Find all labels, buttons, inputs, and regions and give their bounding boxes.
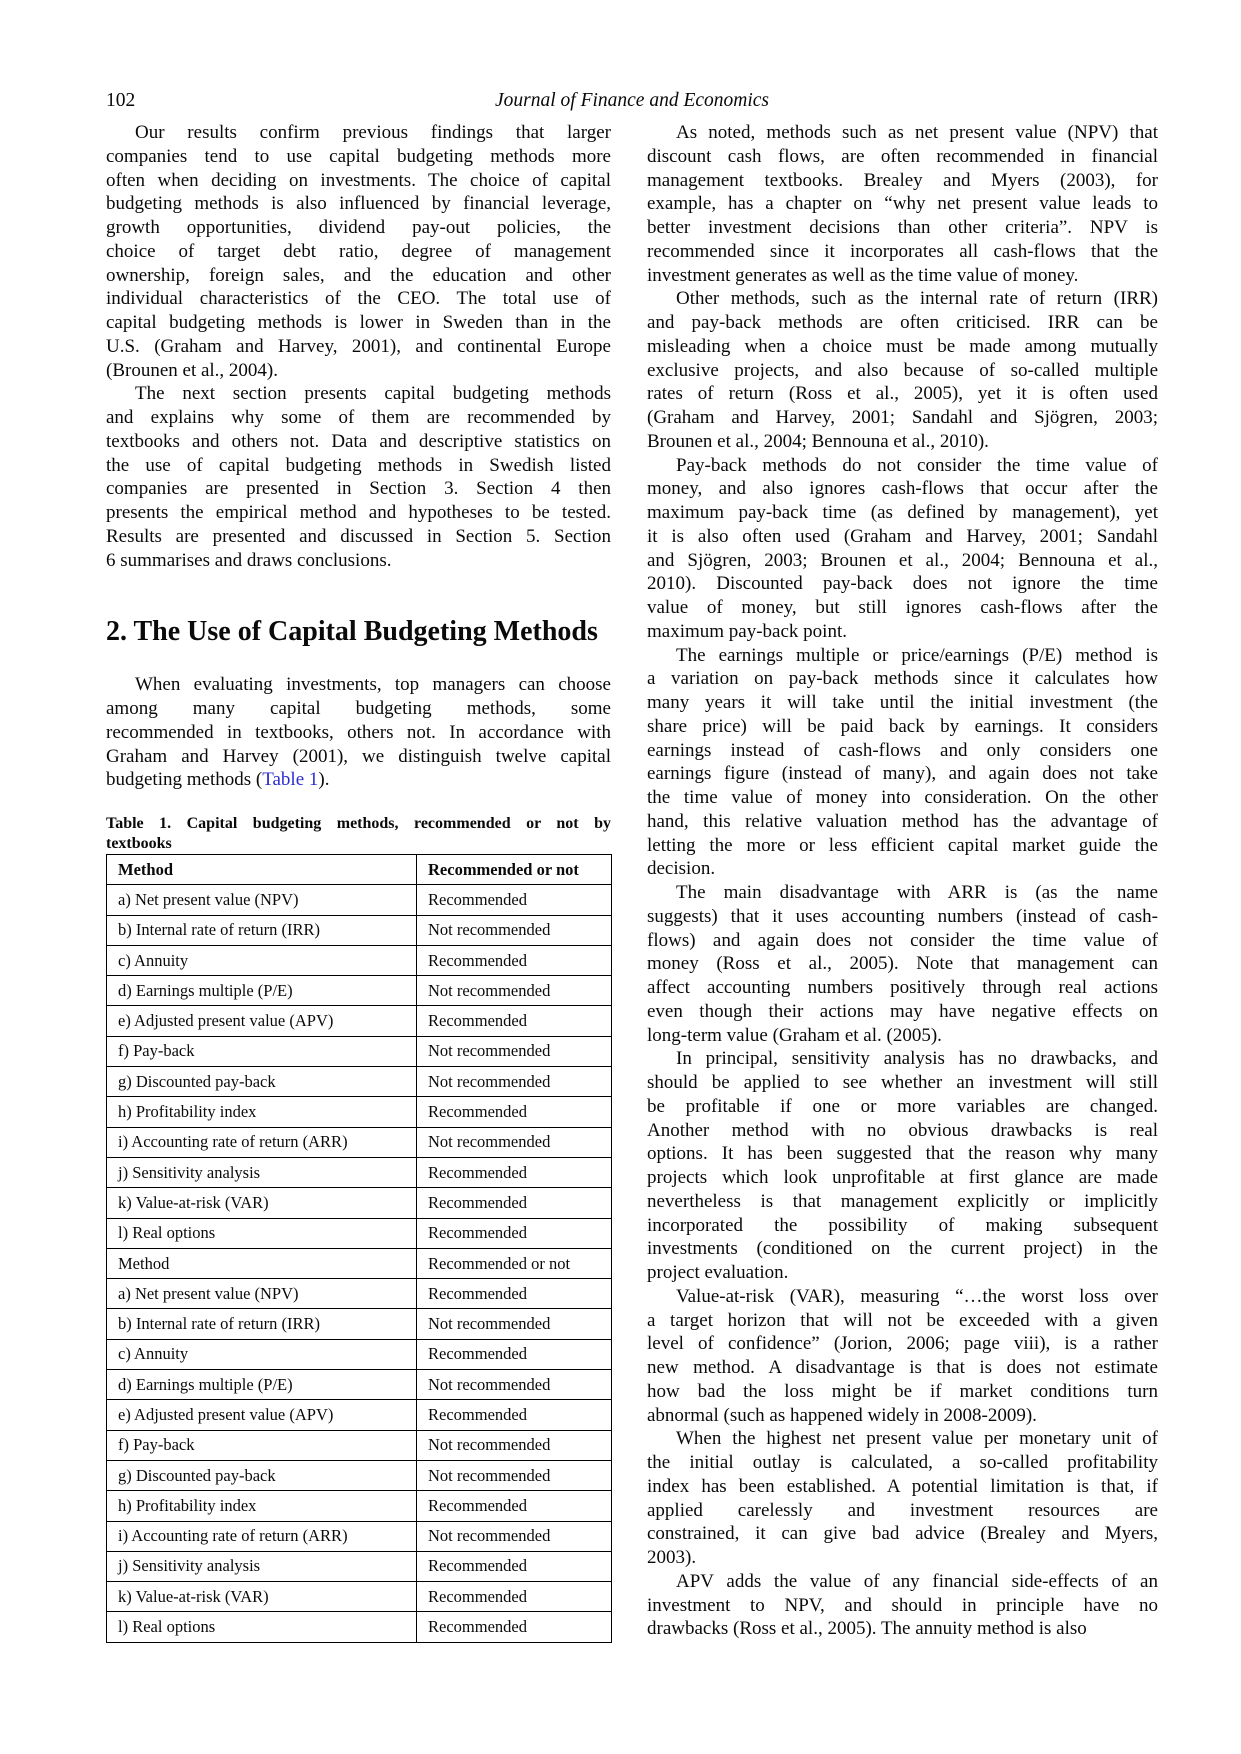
text-line: 2003). (647, 1546, 1158, 1570)
text-line: even though their actions may have negat… (647, 1000, 1158, 1024)
method-cell: g) Discounted pay-back (107, 1067, 417, 1097)
text-line: The earnings multiple or price/earnings … (647, 644, 1158, 668)
recommendation-cell: Recommended (417, 1339, 612, 1369)
table-row: a) Net present value (NPV)Recommended (107, 1279, 612, 1309)
paragraph: Other methods, such as the internal rate… (647, 287, 1158, 453)
text-line: better investment decisions than other c… (647, 216, 1158, 240)
paragraph: APV adds the value of any financial side… (647, 1570, 1158, 1641)
table-row: a) Net present value (NPV)Recommended (107, 885, 612, 915)
text-line: Pay-back methods do not consider the tim… (647, 454, 1158, 478)
text-line: 2010). Discounted pay-back does not igno… (647, 572, 1158, 596)
recommendation-cell: Recommended (417, 1491, 612, 1521)
recommended-header-cell: Recommended or not (417, 855, 612, 885)
text-line: the initial outlay is calculated, a so-c… (647, 1451, 1158, 1475)
left-column: Our results confirm previous findings th… (106, 121, 611, 1643)
table-row: f) Pay-backNot recommended (107, 1430, 612, 1460)
table-row: l) Real optionsRecommended (107, 1612, 612, 1642)
text-line: share price) will be paid back by earnin… (647, 715, 1158, 739)
text-line: Graham and Harvey (2001), we distinguish… (106, 745, 611, 769)
text-line: presents the empirical method and hypoth… (106, 501, 611, 525)
text-line: constrained, it can give bad advice (Bre… (647, 1522, 1158, 1546)
text-line: When the highest net present value per m… (647, 1427, 1158, 1451)
paragraph: The earnings multiple or price/earnings … (647, 644, 1158, 882)
text-line: (Graham and Harvey, 2001; Sandahl and Sj… (647, 406, 1158, 430)
text-line: companies are presented in Section 3. Se… (106, 477, 611, 501)
text-line: suggests) that it uses accounting number… (647, 905, 1158, 929)
text-line: how bad the loss might be if market cond… (647, 1380, 1158, 1404)
table-row: j) Sensitivity analysisRecommended (107, 1551, 612, 1581)
text-line: misleading when a choice must be made am… (647, 335, 1158, 359)
text-line: maximum pay-back point. (647, 620, 1158, 644)
recommendation-cell: Not recommended (417, 1370, 612, 1400)
recommendation-cell: Not recommended (417, 915, 612, 945)
text-line: Table 1. Capital budgeting methods, reco… (106, 814, 611, 834)
text-line: When evaluating investments, top manager… (106, 673, 611, 697)
text-line: applied carelessly and investment resour… (647, 1499, 1158, 1523)
recommendation-cell: Not recommended (417, 1430, 612, 1460)
text-line: earnings instead of cash-flows and only … (647, 739, 1158, 763)
method-cell: d) Earnings multiple (P/E) (107, 976, 417, 1006)
text-line: recommended since it incorporates all ca… (647, 240, 1158, 264)
recommendation-cell: Recommended (417, 1097, 612, 1127)
recommendation-cell: Recommended (417, 1551, 612, 1581)
text-line: flows) and again does not consider the t… (647, 929, 1158, 953)
method-cell: h) Profitability index (107, 1097, 417, 1127)
recommendation-cell: Recommended (417, 885, 612, 915)
recommendation-cell: Recommended (417, 1188, 612, 1218)
paragraph-lines: When evaluating investments, top manager… (106, 673, 611, 768)
text-line: long-term value (Graham et al. (2005). (647, 1024, 1158, 1048)
text-line: In principal, sensitivity analysis has n… (647, 1047, 1158, 1071)
table-row: c) AnnuityRecommended (107, 945, 612, 975)
recommendation-cell: Recommended (417, 1400, 612, 1430)
method-cell: j) Sensitivity analysis (107, 1157, 417, 1187)
table-row: e) Adjusted present value (APV)Recommend… (107, 1400, 612, 1430)
text-line: textbooks and others not. Data and descr… (106, 430, 611, 454)
recommendation-cell: Recommended (417, 1279, 612, 1309)
paragraph: The next section presents capital budget… (106, 382, 611, 572)
method-cell: e) Adjusted present value (APV) (107, 1400, 417, 1430)
text-line: capital budgeting methods is lower in Sw… (106, 311, 611, 335)
text-line: ownership, foreign sales, and the educat… (106, 264, 611, 288)
text-line: and pay-back methods are often criticise… (647, 311, 1158, 335)
paragraph: Pay-back methods do not consider the tim… (647, 454, 1158, 644)
text-line: exclusive projects, and also because of … (647, 359, 1158, 383)
table-row: l) Real optionsRecommended (107, 1218, 612, 1248)
text-line: money (Ross et al., 2005). Note that man… (647, 952, 1158, 976)
text-line: investment to NPV, and should in princip… (647, 1594, 1158, 1618)
recommendation-cell: Recommended (417, 1157, 612, 1187)
text-line: incorporated the possibility of making s… (647, 1214, 1158, 1238)
text-line: U.S. (Graham and Harvey, 2001), and cont… (106, 335, 611, 359)
method-cell: g) Discounted pay-back (107, 1460, 417, 1490)
text-line: investment generates as well as the time… (647, 264, 1158, 288)
journal-page: 102 Journal of Finance and Economics Our… (0, 0, 1241, 1754)
text-line: The main disadvantage with ARR is (as th… (647, 881, 1158, 905)
text-line: Brounen et al., 2004; Bennouna et al., 2… (647, 430, 1158, 454)
method-cell: b) Internal rate of return (IRR) (107, 1309, 417, 1339)
table-row: f) Pay-backNot recommended (107, 1036, 612, 1066)
table-row: j) Sensitivity analysisRecommended (107, 1157, 612, 1187)
table-row: d) Earnings multiple (P/E)Not recommende… (107, 976, 612, 1006)
text-line: maximum pay-back time (as defined by man… (647, 501, 1158, 525)
text-line: investments (conditioned on the current … (647, 1237, 1158, 1261)
method-cell: c) Annuity (107, 1339, 417, 1369)
table-row: b) Internal rate of return (IRR)Not reco… (107, 915, 612, 945)
text-line: textbooks (106, 834, 611, 854)
recommendation-cell: Not recommended (417, 1460, 612, 1490)
text-line: project evaluation. (647, 1261, 1158, 1285)
text-line: and explains why some of them are recomm… (106, 406, 611, 430)
text-line: management textbooks. Brealey and Myers … (647, 169, 1158, 193)
text-line: hand, this relative valuation method has… (647, 810, 1158, 834)
text-line: affect accounting numbers positively thr… (647, 976, 1158, 1000)
text-line: options. It has been suggested that the … (647, 1142, 1158, 1166)
text-line: Value-at-risk (VAR), measuring “…the wor… (647, 1285, 1158, 1309)
table-row: g) Discounted pay-backNot recommended (107, 1067, 612, 1097)
table-row: i) Accounting rate of return (ARR)Not re… (107, 1521, 612, 1551)
recommendation-cell: Not recommended (417, 976, 612, 1006)
method-cell: h) Profitability index (107, 1491, 417, 1521)
paragraph: As noted, methods such as net present va… (647, 121, 1158, 287)
method-cell: c) Annuity (107, 945, 417, 975)
text-line: value of money, but still ignores cash-f… (647, 596, 1158, 620)
text-line: budgeting methods is also influenced by … (106, 192, 611, 216)
method-header-cell: Method (107, 855, 417, 885)
method-cell: i) Accounting rate of return (ARR) (107, 1521, 417, 1551)
table-row: i) Accounting rate of return (ARR)Not re… (107, 1127, 612, 1157)
text-line: a variation on pay-back methods since it… (647, 667, 1158, 691)
method-cell: f) Pay-back (107, 1036, 417, 1066)
recommendation-cell: Recommended (417, 1006, 612, 1036)
recommendation-cell: Not recommended (417, 1067, 612, 1097)
text-line: (Brounen et al., 2004). (106, 359, 611, 383)
capital-budgeting-table: Method Recommended or not a) Net present… (106, 854, 612, 1643)
method-cell: f) Pay-back (107, 1430, 417, 1460)
table-row: e) Adjusted present value (APV)Recommend… (107, 1006, 612, 1036)
text-line: Another method with no obvious drawbacks… (647, 1119, 1158, 1143)
text-line: Our results confirm previous findings th… (106, 121, 611, 145)
text-line: the time value of money into considerati… (647, 786, 1158, 810)
recommendation-cell: Recommended (417, 1582, 612, 1612)
method-cell: l) Real options (107, 1218, 417, 1248)
table-row: h) Profitability indexRecommended (107, 1097, 612, 1127)
method-cell: l) Real options (107, 1612, 417, 1642)
table-row: k) Value-at-risk (VAR)Recommended (107, 1188, 612, 1218)
recommendation-cell: Recommended (417, 1612, 612, 1642)
text-line: As noted, methods such as net present va… (647, 121, 1158, 145)
recommendation-cell: Not recommended (417, 1521, 612, 1551)
text-line: recommended in textbooks, others not. In… (106, 721, 611, 745)
paragraph: When the highest net present value per m… (647, 1427, 1158, 1570)
text-line: index has been established. A potential … (647, 1475, 1158, 1499)
text-line: projects which look unprofitable at firs… (647, 1166, 1158, 1190)
table-row: h) Profitability indexRecommended (107, 1491, 612, 1521)
method-cell: a) Net present value (NPV) (107, 1279, 417, 1309)
text-line: Results are presented and discussed in S… (106, 525, 611, 549)
journal-title: Journal of Finance and Economics (106, 90, 1158, 112)
text-line: be profitable if one or more variables a… (647, 1095, 1158, 1119)
table-row: d) Earnings multiple (P/E)Not recommende… (107, 1370, 612, 1400)
table-row: c) AnnuityRecommended (107, 1339, 612, 1369)
text-line: Other methods, such as the internal rate… (647, 287, 1158, 311)
text-line: example, has a chapter on “why net prese… (647, 192, 1158, 216)
recommendation-cell: Recommended or not (417, 1248, 612, 1278)
method-cell: k) Value-at-risk (VAR) (107, 1188, 417, 1218)
text-line: the use of capital budgeting methods in … (106, 454, 611, 478)
section-heading: 2. The Use of Capital Budgeting Methods (106, 614, 611, 650)
text-line: and Sjögren, 2003; Brounen et al., 2004;… (647, 549, 1158, 573)
table-row: MethodRecommended or not (107, 1248, 612, 1278)
text-line: rates of return (Ross et al., 2005), yet… (647, 382, 1158, 406)
method-cell: Method (107, 1248, 417, 1278)
paragraph: Value-at-risk (VAR), measuring “…the wor… (647, 1285, 1158, 1428)
text-line: nevertheless is that management explicit… (647, 1190, 1158, 1214)
paragraph: The main disadvantage with ARR is (as th… (647, 881, 1158, 1047)
intro-text-before: budgeting methods ( (106, 769, 262, 790)
text-line: The next section presents capital budget… (106, 382, 611, 406)
text-line: 6 summarises and draws conclusions. (106, 549, 611, 573)
text-line: earnings figure (instead of many), and a… (647, 762, 1158, 786)
text-line: many years it will take until the initia… (647, 691, 1158, 715)
text-line: APV adds the value of any financial side… (647, 1570, 1158, 1594)
two-column-body: Our results confirm previous findings th… (106, 121, 1158, 1643)
method-cell: j) Sensitivity analysis (107, 1551, 417, 1581)
text-line: new method. A disadvantage is that is do… (647, 1356, 1158, 1380)
method-cell: d) Earnings multiple (P/E) (107, 1370, 417, 1400)
text-line: should be applied to see whether an inve… (647, 1071, 1158, 1095)
table-row: k) Value-at-risk (VAR)Recommended (107, 1582, 612, 1612)
method-cell: a) Net present value (NPV) (107, 885, 417, 915)
table-row: b) Internal rate of return (IRR)Not reco… (107, 1309, 612, 1339)
table-header-row: Method Recommended or not (107, 855, 612, 885)
recommendation-cell: Recommended (417, 1218, 612, 1248)
table-row: g) Discounted pay-backNot recommended (107, 1460, 612, 1490)
text-line: drawbacks (Ross et al., 2005). The annui… (647, 1617, 1158, 1641)
recommendation-cell: Not recommended (417, 1127, 612, 1157)
text-line: money, and also ignores cash-flows that … (647, 477, 1158, 501)
text-line: abnormal (such as happened widely in 200… (647, 1404, 1158, 1428)
method-cell: e) Adjusted present value (APV) (107, 1006, 417, 1036)
intro-text-after: ). (318, 769, 329, 790)
recommendation-cell: Not recommended (417, 1309, 612, 1339)
text-line: individual characteristics of the CEO. T… (106, 287, 611, 311)
recommendation-cell: Recommended (417, 945, 612, 975)
text-line: discount cash flows, are often recommend… (647, 145, 1158, 169)
text-line: level of confidence” (Jorion, 2006; page… (647, 1332, 1158, 1356)
right-column: As noted, methods such as net present va… (647, 121, 1158, 1643)
method-cell: i) Accounting rate of return (ARR) (107, 1127, 417, 1157)
text-line: often when deciding on investments. The … (106, 169, 611, 193)
table-1-link[interactable]: Table 1 (262, 769, 318, 790)
paragraph: When evaluating investments, top manager… (106, 673, 611, 792)
paragraph: In principal, sensitivity analysis has n… (647, 1047, 1158, 1285)
recommendation-cell: Not recommended (417, 1036, 612, 1066)
text-line: growth opportunities, dividend pay-out p… (106, 216, 611, 240)
text-line: among many capital budgeting methods, so… (106, 697, 611, 721)
text-line: letting the more or less efficient capit… (647, 834, 1158, 858)
method-cell: k) Value-at-risk (VAR) (107, 1582, 417, 1612)
text-line: it is also often used (Graham and Harvey… (647, 525, 1158, 549)
text-line: decision. (647, 857, 1158, 881)
text-line: a target horizon that will not be exceed… (647, 1309, 1158, 1333)
text-line: choice of target debt ratio, degree of m… (106, 240, 611, 264)
text-line: companies tend to use capital budgeting … (106, 145, 611, 169)
paragraph: Our results confirm previous findings th… (106, 121, 611, 382)
method-cell: b) Internal rate of return (IRR) (107, 915, 417, 945)
table-caption: Table 1. Capital budgeting methods, reco… (106, 814, 611, 854)
text-line: budgeting methods (Table 1). (106, 768, 611, 792)
